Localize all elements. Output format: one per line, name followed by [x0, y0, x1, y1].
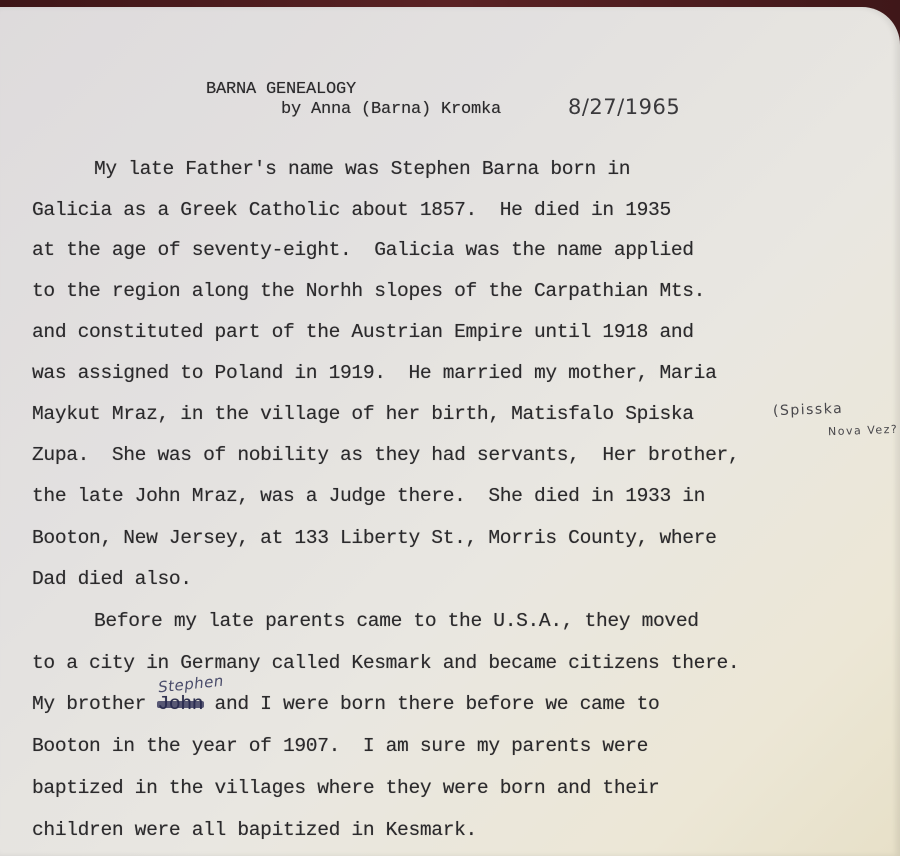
- paragraph-2-line-3: My brother John and I were born there be…: [32, 693, 659, 715]
- paragraph-1-line-4: to the region along the Norhh slopes of …: [32, 280, 705, 302]
- line-suffix: and I were born there before we came to: [203, 693, 659, 715]
- paragraph-2-line-5: baptized in the villages where they were…: [32, 777, 659, 799]
- paragraph-1-line-2: Galicia as a Greek Catholic about 1857. …: [32, 199, 671, 221]
- paragraph-1-line-1: My late Father's name was Stephen Barna …: [94, 158, 630, 180]
- handwritten-date: 8/27/1965: [568, 95, 680, 119]
- paragraph-2-line-6: children were all bapitized in Kesmark.: [32, 819, 477, 841]
- paragraph-2-line-2: to a city in Germany called Kesmark and …: [32, 652, 739, 674]
- paragraph-1-line-6: was assigned to Poland in 1919. He marri…: [32, 362, 717, 384]
- typewritten-page: BARNA GENEALOGY by Anna (Barna) Kromka 8…: [0, 7, 900, 856]
- paragraph-1-line-3: at the age of seventy-eight. Galicia was…: [32, 239, 694, 261]
- paragraph-1-line-8: Zupa. She was of nobility as they had se…: [32, 444, 739, 466]
- margin-note-line-1: (Spisska: [773, 401, 844, 419]
- paragraph-1-line-9: the late John Mraz, was a Judge there. S…: [32, 485, 705, 507]
- paragraph-1-line-11: Dad died also.: [32, 568, 192, 590]
- paragraph-1-line-10: Booton, New Jersey, at 133 Liberty St., …: [32, 527, 717, 549]
- paragraph-1-line-5: and constituted part of the Austrian Emp…: [32, 321, 694, 343]
- paragraph-2-line-4: Booton in the year of 1907. I am sure my…: [32, 735, 648, 757]
- document-title: BARNA GENEALOGY: [206, 80, 356, 99]
- paragraph-1-line-7: Maykut Mraz, in the village of her birth…: [32, 403, 694, 425]
- margin-note-line-2: Nova Vez?: [828, 423, 899, 438]
- struck-out-name: John: [158, 693, 204, 715]
- document-byline: by Anna (Barna) Kromka: [281, 100, 501, 119]
- line-prefix: My brother: [32, 693, 158, 715]
- paragraph-2-line-1: Before my late parents came to the U.S.A…: [94, 610, 699, 632]
